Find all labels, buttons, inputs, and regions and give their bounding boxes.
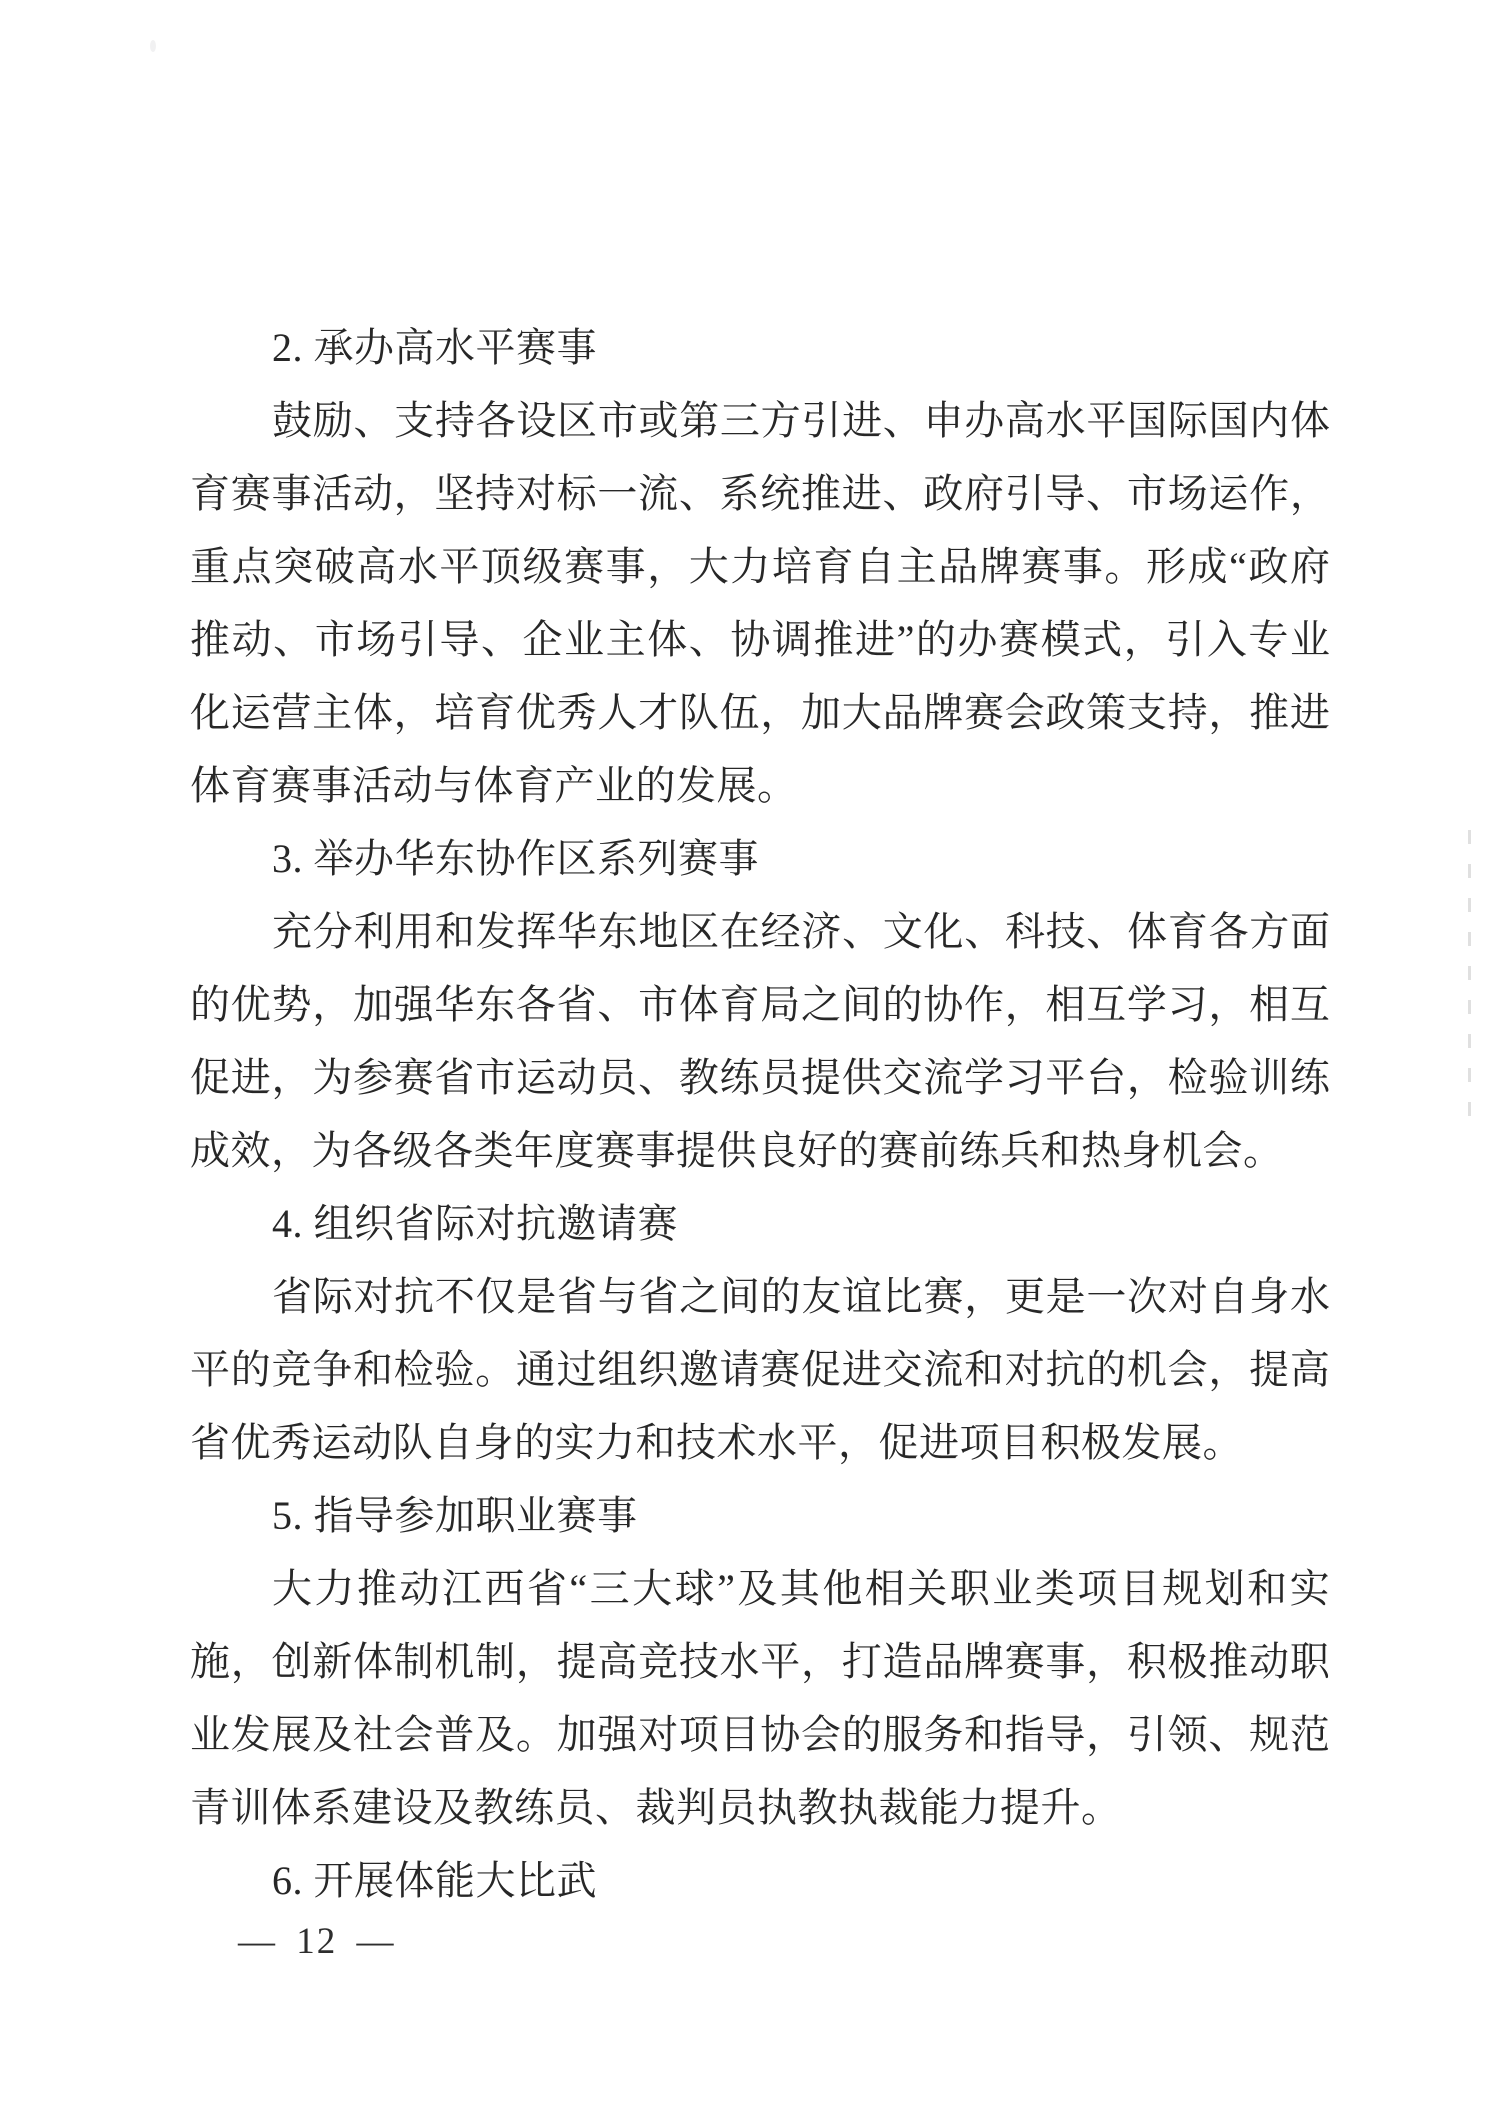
body-text-line: 平的竞争和检验。通过组织邀请赛促进交流和对抗的机会，提高 xyxy=(190,1333,1330,1406)
heading-line: 3. 举办华东协作区系列赛事 xyxy=(190,822,1330,895)
scan-artifact-top-left xyxy=(150,40,156,52)
body-text-line: 鼓励、支持各设区市或第三方引进、申办高水平国际国内体 xyxy=(190,384,1330,457)
body-text-line: 育赛事活动，坚持对标一流、系统推进、政府引导、市场运作， xyxy=(190,457,1330,530)
body-text-line: 化运营主体，培育优秀人才队伍，加大品牌赛会政策支持，推进 xyxy=(190,676,1330,749)
body-text-line: 省优秀运动队自身的实力和技术水平，促进项目积极发展。 xyxy=(190,1406,1330,1479)
document-page: 2. 承办高水平赛事鼓励、支持各设区市或第三方引进、申办高水平国际国内体育赛事活… xyxy=(0,0,1488,2105)
body-text-line: 业发展及社会普及。加强对项目协会的服务和指导，引领、规范 xyxy=(190,1698,1330,1771)
body-text-line: 的优势，加强华东各省、市体育局之间的协作，相互学习，相互 xyxy=(190,968,1330,1041)
page-footer: — 12 — xyxy=(238,1912,396,1972)
body-text-line: 青训体系建设及教练员、裁判员执教执裁能力提升。 xyxy=(190,1771,1330,1844)
heading-line: 2. 承办高水平赛事 xyxy=(190,311,1330,384)
body-text-line: 成效，为各级各类年度赛事提供良好的赛前练兵和热身机会。 xyxy=(190,1114,1330,1187)
body-text-line: 体育赛事活动与体育产业的发展。 xyxy=(190,749,1330,822)
heading-line: 5. 指导参加职业赛事 xyxy=(190,1479,1330,1552)
heading-line: 6. 开展体能大比武 xyxy=(190,1844,1330,1917)
body-text-line: 充分利用和发挥华东地区在经济、文化、科技、体育各方面 xyxy=(190,895,1330,968)
body-text-line: 促进，为参赛省市运动员、教练员提供交流学习平台，检验训练 xyxy=(190,1041,1330,1114)
text-block: 2. 承办高水平赛事鼓励、支持各设区市或第三方引进、申办高水平国际国内体育赛事活… xyxy=(190,311,1330,1917)
body-text-line: 施，创新体制机制，提高竞技水平，打造品牌赛事，积极推动职 xyxy=(190,1625,1330,1698)
scan-artifact-right-margin xyxy=(1468,830,1471,1120)
body-text-line: 省际对抗不仅是省与省之间的友谊比赛，更是一次对自身水 xyxy=(190,1260,1330,1333)
body-text-line: 大力推动江西省“三大球”及其他相关职业类项目规划和实 xyxy=(190,1552,1330,1625)
body-text-line: 重点突破高水平顶级赛事，大力培育自主品牌赛事。形成“政府 xyxy=(190,530,1330,603)
footer-page-number: — 12 — xyxy=(238,1921,396,1962)
heading-line: 4. 组织省际对抗邀请赛 xyxy=(190,1187,1330,1260)
body-text-line: 推动、市场引导、企业主体、协调推进”的办赛模式，引入专业 xyxy=(190,603,1330,676)
